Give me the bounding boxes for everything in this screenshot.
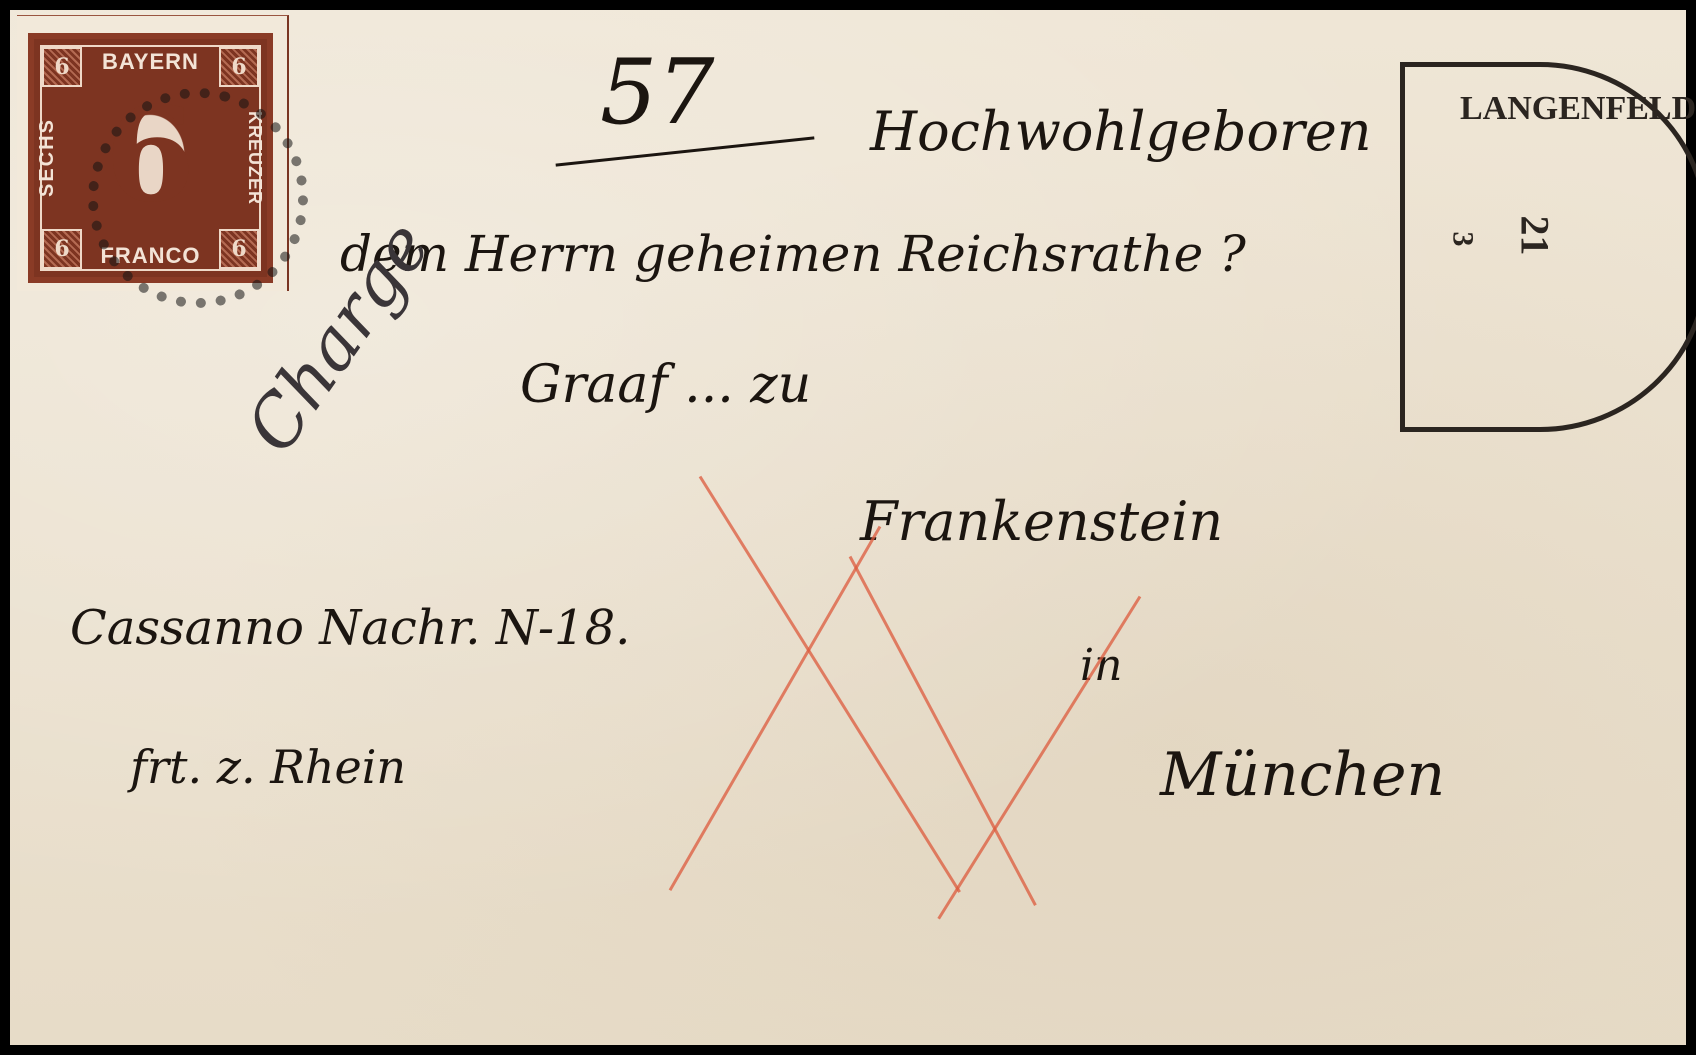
address-line-recipient: dem Herrn geheimen Reichsrathe ? [340, 225, 1246, 283]
stamp-corner-value: 6 [219, 47, 259, 87]
postmark-day: 21 [1512, 216, 1559, 256]
stamp-corner-value: 6 [42, 47, 82, 87]
postmark-month: 3 [1446, 232, 1480, 247]
stamp-corner-value: 6 [42, 229, 82, 269]
circular-date-postmark: LANGENFELD 21 3 [1400, 62, 1640, 422]
stamp-value-word: SECHS [36, 93, 76, 223]
footer-note: frt. z. Rhein [130, 740, 406, 794]
address-honorific: Hochwohlgeboren [870, 100, 1372, 163]
rate-mark: 57 [600, 40, 715, 145]
sender-line: Cassanno Nachr. N-18. [70, 600, 630, 656]
address-city: München [1160, 740, 1445, 810]
address-line-place: Frankenstein [860, 490, 1223, 553]
postage-stamp: 6 6 6 6 BAYERN FRANCO SECHS KREUZER 6 [28, 33, 273, 283]
stamp-country: BAYERN [88, 49, 213, 75]
address-line-name: Graaf ... zu [520, 355, 811, 415]
postmark-town: LANGENFELD [1460, 90, 1696, 128]
